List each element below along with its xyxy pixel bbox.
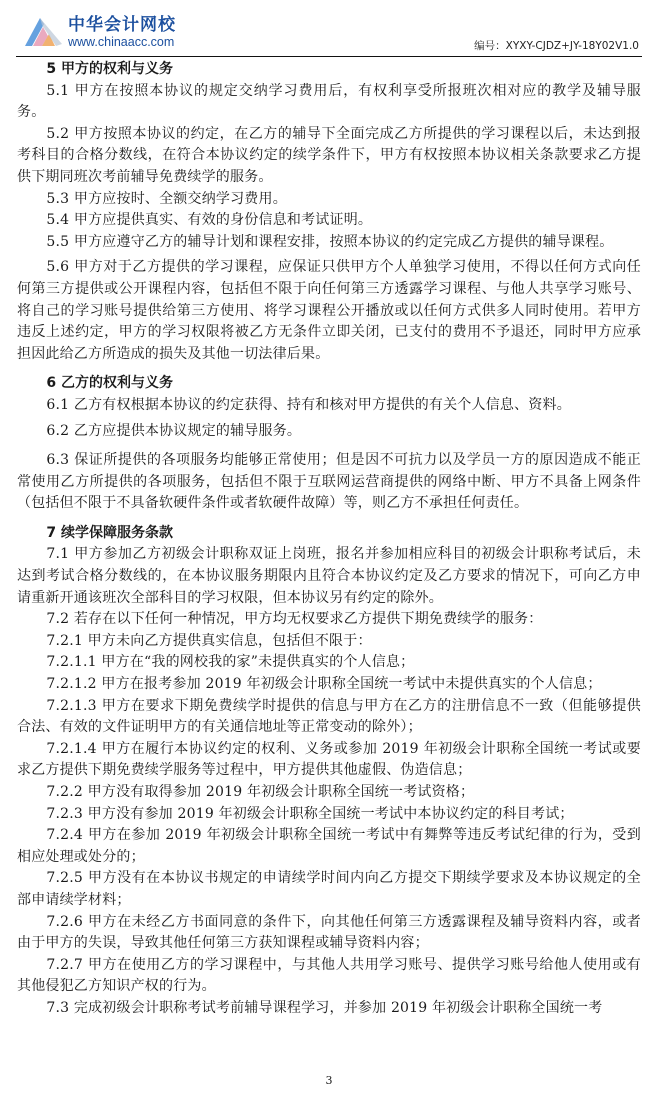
clause-7-2: 7.2 若存在以下任何一种情况，甲方均无权要求乙方提供下期免费续学的服务： — [17, 609, 641, 631]
clause-5-1: 5.1 甲方在按照本协议的规定交纳学习费用后，有权利享受所报班次相对应的教学及辅… — [17, 81, 641, 124]
clause-5-5: 5.5 甲方应遵守乙方的辅导计划和课程安排，按照本协议的约定完成乙方提供的辅导课… — [17, 232, 641, 254]
clause-5-3: 5.3 甲方应按时、全额交纳学习费用。 — [17, 189, 641, 211]
clause-7-2-5: 7.2.5 甲方没有在本协议书规定的申请续学时间内向乙方提交下期续学要求及本协议… — [17, 868, 641, 911]
header-divider — [16, 56, 642, 57]
document-number: 编号：XYXY-CJDZ+JY-18Y02V1.0 — [474, 38, 639, 53]
clause-6-3: 6.3 保证所提供的各项服务均能够正常使用；但是因不可抗力以及学员一方的原因造成… — [17, 450, 641, 515]
page-header: 中华会计网校 www.chinaacc.com 编号：XYXY-CJDZ+JY-… — [0, 0, 658, 58]
section-5-title: 5 甲方的权利与义务 — [17, 59, 641, 81]
brand: 中华会计网校 www.chinaacc.com — [68, 15, 176, 49]
clause-7-2-3: 7.2.3 甲方没有参加 2019 年初级会计职称全国统一考试中本协议约定的科目… — [17, 804, 641, 826]
brand-url: www.chinaacc.com — [68, 35, 176, 49]
chinaacc-logo-icon — [22, 14, 66, 50]
clause-5-2: 5.2 甲方按照本协议的约定，在乙方的辅导下全面完成乙方所提供的学习课程以后，未… — [17, 124, 641, 189]
clause-7-2-7: 7.2.7 甲方在使用乙方的学习课程中，与其他人共用学习账号、提供学习账号给他人… — [17, 955, 641, 998]
clause-7-2-1-4: 7.2.1.4 甲方在履行本协议约定的权利、义务或参加 2019 年初级会计职称… — [17, 739, 641, 782]
clause-7-2-1: 7.2.1 甲方未向乙方提供真实信息，包括但不限于： — [17, 631, 641, 653]
clause-7-2-2: 7.2.2 甲方没有取得参加 2019 年初级会计职称全国统一考试资格； — [17, 782, 641, 804]
clause-6-2: 6.2 乙方应提供本协议规定的辅导服务。 — [17, 421, 641, 443]
section-6-title: 6 乙方的权利与义务 — [17, 373, 641, 395]
clause-6-1: 6.1 乙方有权根据本协议的约定获得、持有和核对甲方提供的有关个人信息、资料。 — [17, 395, 641, 417]
clause-7-2-1-2: 7.2.1.2 甲方在报考参加 2019 年初级会计职称全国统一考试中未提供真实… — [17, 674, 641, 696]
clause-7-2-6: 7.2.6 甲方在未经乙方书面同意的条件下，向其他任何第三方透露课程及辅导资料内… — [17, 912, 641, 955]
page-number: 3 — [0, 1074, 658, 1087]
clause-5-4: 5.4 甲方应提供真实、有效的身份信息和考试证明。 — [17, 210, 641, 232]
brand-name: 中华会计网校 — [68, 15, 176, 35]
clause-7-1: 7.1 甲方参加乙方初级会计职称双证上岗班，报名并参加相应科目的初级会计职称考试… — [17, 544, 641, 609]
section-7-title: 7 续学保障服务条款 — [17, 523, 641, 545]
document-body: 5 甲方的权利与义务 5.1 甲方在按照本协议的规定交纳学习费用后，有权利享受所… — [17, 59, 641, 1020]
clause-5-6: 5.6 甲方对于乙方提供的学习课程，应保证只供甲方个人单独学习使用，不得以任何方… — [17, 257, 641, 365]
clause-7-2-4: 7.2.4 甲方在参加 2019 年初级会计职称全国统一考试中有舞弊等违反考试纪… — [17, 825, 641, 868]
clause-7-2-1-1: 7.2.1.1 甲方在“我的网校我的家”未提供真实的个人信息； — [17, 652, 641, 674]
clause-7-3: 7.3 完成初级会计职称考试考前辅导课程学习，并参加 2019 年初级会计职称全… — [17, 998, 641, 1020]
clause-7-2-1-3: 7.2.1.3 甲方在要求下期免费续学时提供的信息与甲方在乙方的注册信息不一致（… — [17, 696, 641, 739]
